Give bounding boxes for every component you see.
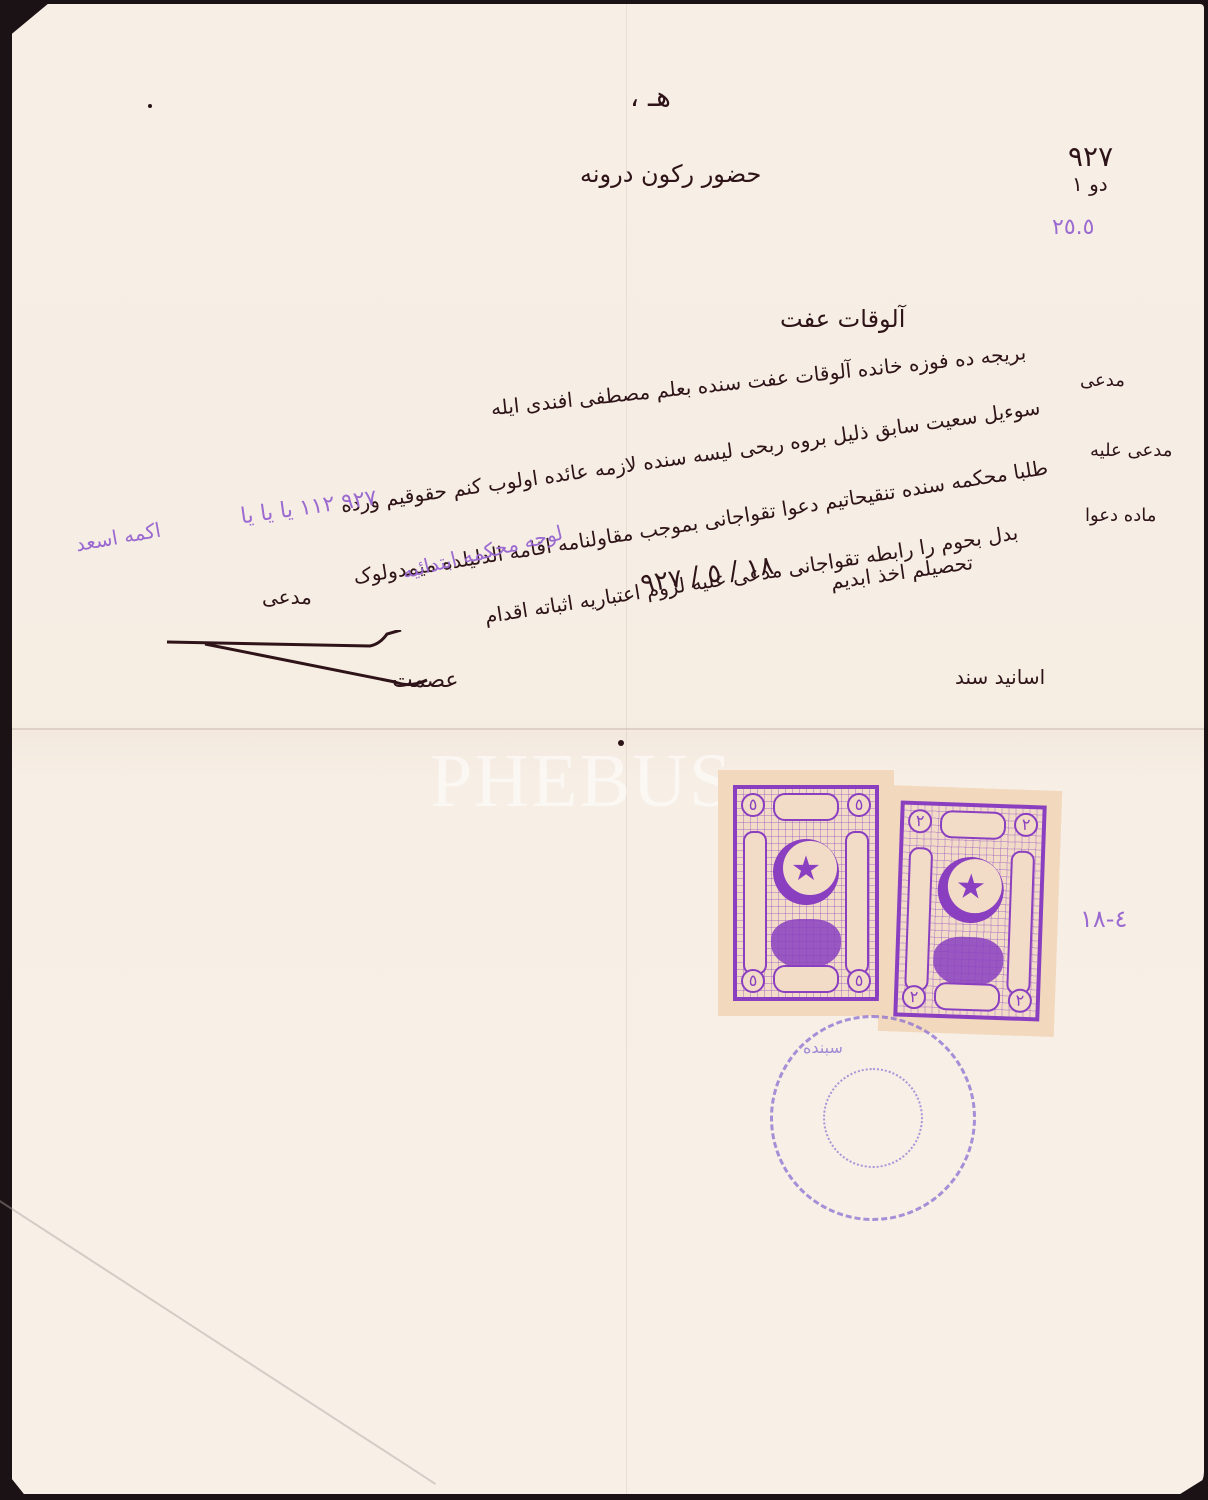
horizontal-fold-line xyxy=(12,728,1204,730)
revenue-stamp-2: ★ ٢ ٢ ٢ ٢ xyxy=(878,785,1062,1037)
seal-text: سبنده xyxy=(803,1038,843,1057)
margin-label-claimant: مدعی xyxy=(1080,370,1125,391)
revenue-stamp-5: ★ ٥ ٥ ٥ ٥ xyxy=(718,770,894,1016)
ink-speck xyxy=(148,104,152,108)
reference-sub: دو ١ xyxy=(1072,172,1108,196)
margin-label-defendant: مدعی علیه xyxy=(1090,440,1172,461)
reference-number: ٩٢٧ xyxy=(1068,140,1113,173)
signature-name: عصمت xyxy=(392,668,459,693)
emblem-icon xyxy=(932,936,1004,988)
document-heading: حضور ركون درونه xyxy=(580,160,761,188)
stamp-header-band xyxy=(773,793,839,821)
court-seal: سبنده xyxy=(770,1015,976,1221)
top-mark: ﻫـ ، xyxy=(630,80,671,113)
emblem-icon xyxy=(771,919,841,969)
star-icon: ★ xyxy=(791,849,821,889)
phebus-watermark: PHEBUS xyxy=(430,738,733,825)
margin-label-subject: ماده دعوا xyxy=(1085,505,1156,526)
star-icon: ★ xyxy=(955,866,987,907)
side-violet-number: ٤-١٨ xyxy=(1080,905,1127,933)
stamp-header-band xyxy=(940,810,1007,840)
signer-label: مدعی xyxy=(262,585,312,609)
subject-line: آلوقات عفت xyxy=(780,305,905,333)
seal-inner-ring xyxy=(823,1068,923,1168)
violet-reference: ٢٥.٥ xyxy=(1052,215,1094,240)
lower-note: اسانید سند xyxy=(955,665,1045,689)
